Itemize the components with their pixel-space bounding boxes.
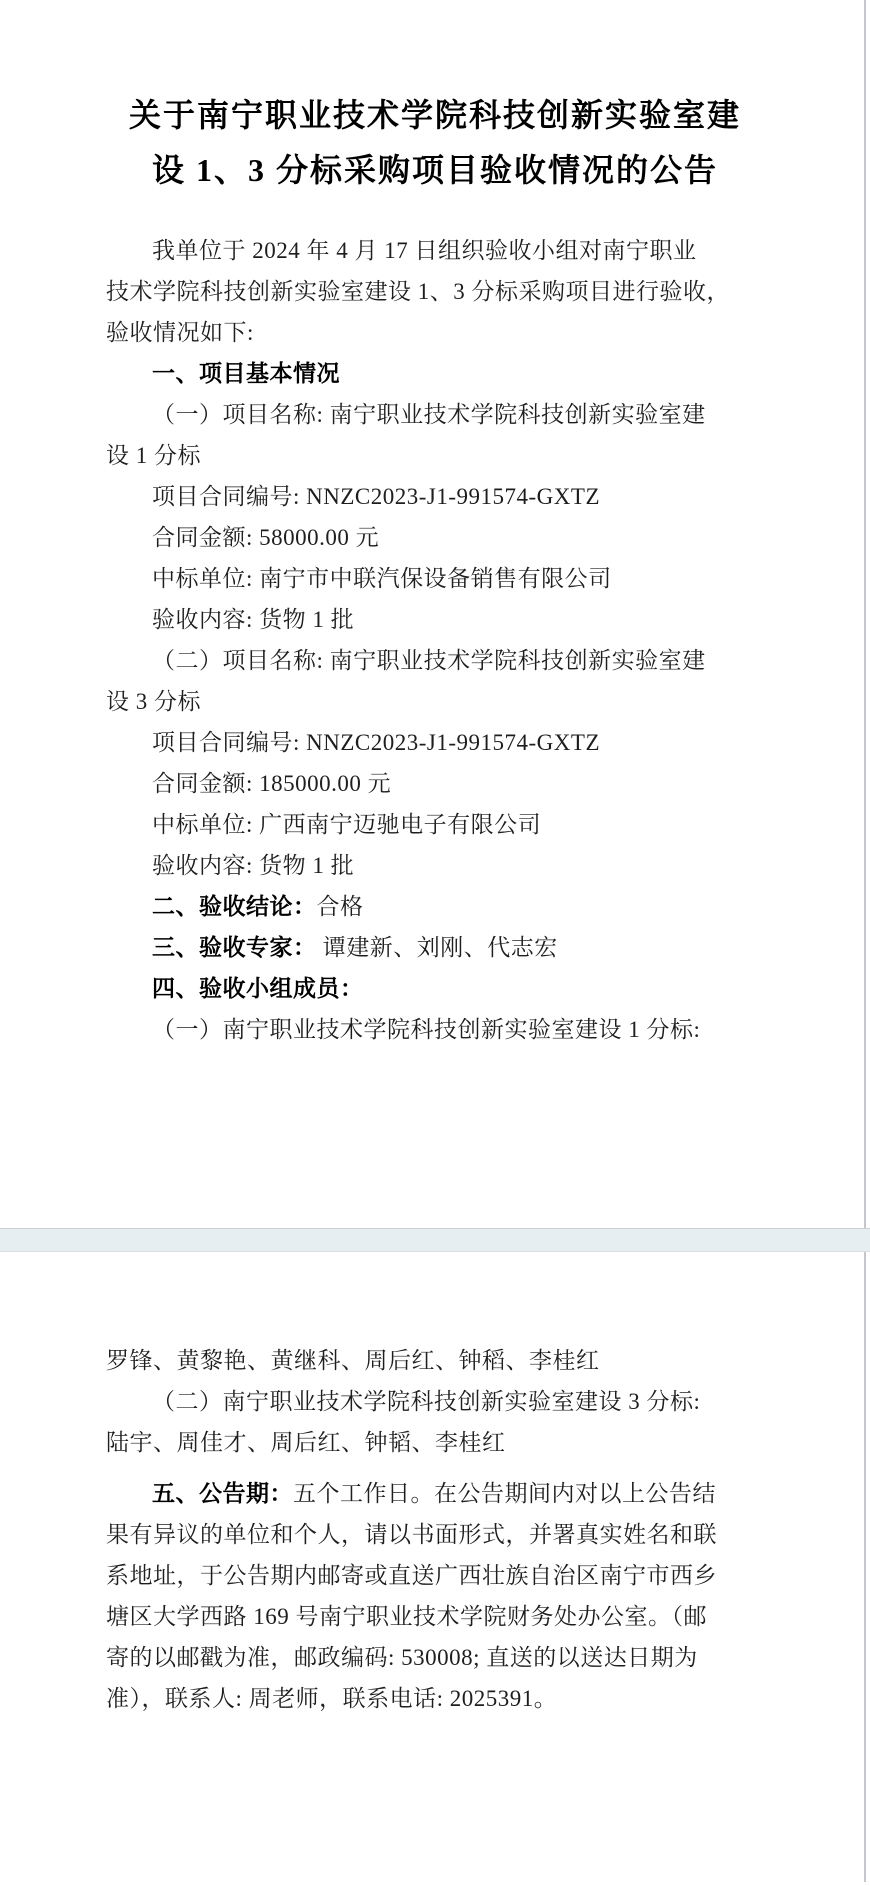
line-text: 验收内容: 货物 1 批 (152, 607, 354, 632)
text-line: 中标单位: 南宁市中联汽保设备销售有限公司 (106, 558, 764, 599)
line-text: 中标单位: 广西南宁迈驰电子有限公司 (152, 812, 541, 837)
text-line: 果有异议的单位和个人，请以书面形式，并署真实姓名和联 (106, 1514, 764, 1555)
text-line: 合同金额: 58000.00 元 (106, 517, 764, 558)
text-line: 三、验收专家： 谭建新、刘刚、代志宏 (106, 927, 764, 968)
line-text: 合格 (317, 894, 364, 919)
text-line: （二）项目名称: 南宁职业技术学院科技创新实验室建 (106, 640, 764, 681)
line-text: 设 3 分标 (106, 689, 201, 714)
text-line: 系地址，于公告期内邮寄或直送广西壮族自治区南宁市西乡 (106, 1555, 764, 1596)
text-line: 四、验收小组成员： (106, 968, 764, 1009)
line-text: 技术学院科技创新实验室建设 1、3 分标采购项目进行验收， (106, 279, 730, 304)
line-text: 我单位于 2024 年 4 月 17 日组织验收小组对南宁职业 (152, 238, 697, 263)
line-text: （一）项目名称: 南宁职业技术学院科技创新实验室建 (152, 402, 706, 427)
section-heading-label: 三、验收专家： (152, 934, 317, 960)
text-line: （一）南宁职业技术学院科技创新实验室建设 1 分标: (106, 1009, 764, 1050)
text-line: 验收情况如下: (106, 312, 764, 353)
line-text: 中标单位: 南宁市中联汽保设备销售有限公司 (152, 566, 612, 591)
text-line: 一、项目基本情况 (106, 353, 764, 394)
line-text: 合同金额: 185000.00 元 (152, 771, 391, 796)
line-text: （二）项目名称: 南宁职业技术学院科技创新实验室建 (152, 648, 706, 673)
section-heading-label: 二、验收结论： (152, 893, 317, 919)
page-1-body-text: 我单位于 2024 年 4 月 17 日组织验收小组对南宁职业技术学院科技创新实… (106, 230, 764, 1050)
line-text: 合同金额: 58000.00 元 (152, 525, 379, 550)
document-title-line-1: 关于南宁职业技术学院科技创新实验室建 (106, 88, 764, 143)
line-text: 谭建新、刘刚、代志宏 (317, 935, 558, 960)
page-2-body-text: 罗锋、黄黎艳、黄继科、周后红、钟稻、李桂红（二）南宁职业技术学院科技创新实验室建… (106, 1252, 764, 1719)
line-text: 准），联系人: 周老师，联系电话: 2025391。 (106, 1686, 557, 1711)
text-line: （一）项目名称: 南宁职业技术学院科技创新实验室建 (106, 394, 764, 435)
section-heading-label: 四、验收小组成员： (152, 975, 364, 1001)
text-line: 准），联系人: 周老师，联系电话: 2025391。 (106, 1678, 764, 1719)
text-line: 项目合同编号: NNZC2023-J1-991574-GXTZ (106, 476, 764, 517)
section-heading-label: 一、项目基本情况 (152, 360, 340, 386)
line-text: 果有异议的单位和个人，请以书面形式，并署真实姓名和联 (106, 1522, 717, 1547)
text-line: 陆宇、周佳才、周后红、钟韬、李桂红 (106, 1422, 764, 1463)
line-text: 寄的以邮戳为准，邮政编码: 530008; 直送的以送达日期为 (106, 1645, 698, 1670)
line-text: 五个工作日。在公告期间内对以上公告结 (293, 1481, 716, 1506)
line-text: （二）南宁职业技术学院科技创新实验室建设 3 分标: (152, 1389, 700, 1414)
document-title: 关于南宁职业技术学院科技创新实验室建 设 1、3 分标采购项目验收情况的公告 (106, 0, 764, 198)
text-line: 寄的以邮戳为准，邮政编码: 530008; 直送的以送达日期为 (106, 1637, 764, 1678)
line-text: 系地址，于公告期内邮寄或直送广西壮族自治区南宁市西乡 (106, 1563, 717, 1588)
line-text: 陆宇、周佳才、周后红、钟韬、李桂红 (106, 1430, 506, 1455)
text-line: 塘区大学西路 169 号南宁职业技术学院财务处办公室。（邮 (106, 1596, 764, 1637)
text-line: 验收内容: 货物 1 批 (106, 599, 764, 640)
line-text: 塘区大学西路 169 号南宁职业技术学院财务处办公室。（邮 (106, 1604, 707, 1629)
text-line: 合同金额: 185000.00 元 (106, 763, 764, 804)
line-text: 项目合同编号: NNZC2023-J1-991574-GXTZ (152, 730, 600, 755)
text-line: 我单位于 2024 年 4 月 17 日组织验收小组对南宁职业 (106, 230, 764, 271)
text-line: （二）南宁职业技术学院科技创新实验室建设 3 分标: (106, 1381, 764, 1422)
text-line: 验收内容: 货物 1 批 (106, 845, 764, 886)
line-text: （一）南宁职业技术学院科技创新实验室建设 1 分标: (152, 1017, 700, 1042)
text-line: 五、公告期：五个工作日。在公告期间内对以上公告结 (106, 1473, 764, 1514)
line-text: 验收内容: 货物 1 批 (152, 853, 354, 878)
document-page-2: 罗锋、黄黎艳、黄继科、周后红、钟稻、李桂红（二）南宁职业技术学院科技创新实验室建… (0, 1252, 866, 1882)
text-line: 中标单位: 广西南宁迈驰电子有限公司 (106, 804, 764, 845)
text-line: 罗锋、黄黎艳、黄继科、周后红、钟稻、李桂红 (106, 1340, 764, 1381)
text-line: 设 3 分标 (106, 681, 764, 722)
document-title-line-2: 设 1、3 分标采购项目验收情况的公告 (106, 143, 764, 198)
text-line: 项目合同编号: NNZC2023-J1-991574-GXTZ (106, 722, 764, 763)
page-divider (0, 1228, 870, 1252)
line-text: 罗锋、黄黎艳、黄继科、周后红、钟稻、李桂红 (106, 1348, 600, 1373)
line-text: 验收情况如下: (106, 320, 254, 345)
text-line: 二、验收结论：合格 (106, 886, 764, 927)
line-text: 项目合同编号: NNZC2023-J1-991574-GXTZ (152, 484, 600, 509)
section-heading-label: 五、公告期： (152, 1480, 293, 1506)
document-page-1: 关于南宁职业技术学院科技创新实验室建 设 1、3 分标采购项目验收情况的公告 我… (0, 0, 866, 1228)
text-line: 技术学院科技创新实验室建设 1、3 分标采购项目进行验收， (106, 271, 764, 312)
line-text: 设 1 分标 (106, 443, 201, 468)
text-line: 设 1 分标 (106, 435, 764, 476)
